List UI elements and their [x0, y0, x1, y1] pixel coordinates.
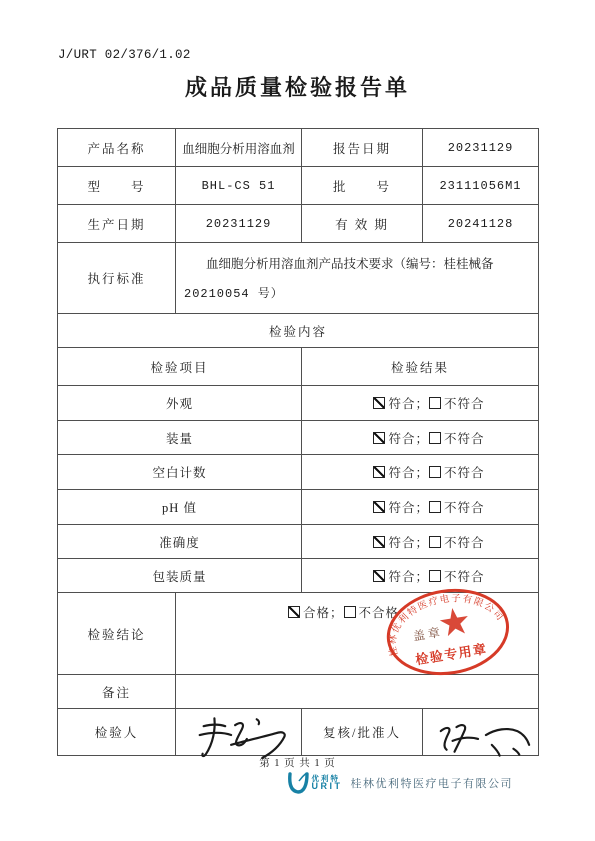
batch-value: 23111056M1 [423, 167, 539, 205]
pass-checkbox [373, 536, 385, 548]
fail-checkbox [344, 606, 356, 618]
result-separator: ； [415, 570, 429, 584]
reviewer-signature-cell [423, 709, 539, 756]
expiry-date-value: 20241128 [423, 205, 539, 243]
pass-label: 符合 [388, 501, 415, 515]
item-result: 符合；不符合 [302, 559, 539, 593]
standard-line1: 血细胞分析用溶血剂产品技术要求（编号：桂桂械备 [184, 249, 528, 279]
urit-logo-icon [287, 771, 309, 795]
pass-checkbox [373, 432, 385, 444]
fail-checkbox [429, 570, 441, 582]
item-name: 空白计数 [58, 455, 302, 490]
conclusion-fail-label: 不合格 [359, 606, 400, 620]
stamp-center-text: 盖章 [412, 624, 444, 644]
pass-label: 符合 [388, 466, 415, 480]
item-name: pH 值 [58, 490, 302, 525]
production-date-label: 生产日期 [58, 205, 176, 243]
pass-checkbox [373, 397, 385, 409]
urit-logo-text: 优利特 URIT [312, 775, 343, 792]
table-row-model: 型 号 BHL-CS 51 批 号 23111056M1 [58, 167, 539, 205]
stamp-bottom-text: 检验专用章 [414, 641, 488, 667]
standard-label: 执行标准 [58, 243, 176, 314]
fail-checkbox [429, 397, 441, 409]
column-header-result: 检验结果 [302, 348, 539, 386]
conclusion-pass-label: 合格 [303, 606, 330, 620]
page-number: 第 1 页 共 1 页 [0, 755, 595, 770]
pass-checkbox [373, 570, 385, 582]
result-separator: ； [415, 501, 429, 515]
product-name-label: 产品名称 [58, 129, 176, 167]
product-name-value: 血细胞分析用溶血剂 [176, 129, 302, 167]
table-row-product: 产品名称 血细胞分析用溶血剂 报告日期 20231129 [58, 129, 539, 167]
item-name: 包装质量 [58, 559, 302, 593]
item-result: 符合；不符合 [302, 421, 539, 455]
item-name: 外观 [58, 386, 302, 421]
footer-brand: 优利特 URIT 桂林优利特医疗电子有限公司 [287, 771, 514, 795]
table-row-item: pH 值 符合；不符合 [58, 490, 539, 525]
document-code: J/URT 02/376/1.02 [58, 48, 191, 62]
pass-label: 符合 [388, 536, 415, 550]
conclusion-result: 合格；不合格 桂林优利特医疗电子有限公司 盖章 检验专用章 [176, 593, 539, 675]
table-row-item: 包装质量 符合；不符合 [58, 559, 539, 593]
fail-label: 不符合 [444, 397, 485, 411]
item-name: 装量 [58, 421, 302, 455]
fail-checkbox [429, 501, 441, 513]
production-date-value: 20231129 [176, 205, 302, 243]
report-date-value: 20231129 [423, 129, 539, 167]
report-table: 产品名称 血细胞分析用溶血剂 报告日期 20231129 型 号 BHL-CS … [57, 128, 539, 756]
table-row-columns-header: 检验项目 检验结果 [58, 348, 539, 386]
inspector-label: 检验人 [58, 709, 176, 756]
item-name: 准确度 [58, 525, 302, 559]
column-header-item: 检验项目 [58, 348, 302, 386]
fail-checkbox [429, 466, 441, 478]
pass-label: 符合 [388, 397, 415, 411]
report-date-label: 报告日期 [302, 129, 423, 167]
fail-label: 不符合 [444, 536, 485, 550]
fail-label: 不符合 [444, 570, 485, 584]
model-value: BHL-CS 51 [176, 167, 302, 205]
logo-english: URIT [312, 782, 343, 791]
stamp-company-arc-text: 桂林优利特医疗电子有限公司 [379, 584, 509, 658]
table-row-item: 装量 符合；不符合 [58, 421, 539, 455]
reviewer-label: 复核/批准人 [302, 709, 423, 756]
remarks-value [176, 675, 539, 709]
item-result: 符合；不符合 [302, 455, 539, 490]
batch-label: 批 号 [302, 167, 423, 205]
table-row-signatures: 检验人 复核/批准人 [58, 709, 539, 756]
inspector-signature-cell [176, 709, 302, 756]
remarks-label: 备注 [58, 675, 176, 709]
inspection-stamp: 桂林优利特医疗电子有限公司 盖章 检验专用章 [375, 575, 520, 689]
result-separator: ； [415, 466, 429, 480]
fail-label: 不符合 [444, 432, 485, 446]
page-title: 成品质量检验报告单 [0, 71, 595, 102]
item-result: 符合；不符合 [302, 525, 539, 559]
model-label: 型 号 [58, 167, 176, 205]
result-separator: ； [415, 397, 429, 411]
table-row-dates: 生产日期 20231129 有 效 期 20241128 [58, 205, 539, 243]
fail-label: 不符合 [444, 466, 485, 480]
table-row-conclusion: 检验结论 合格；不合格 桂林优利特医疗电子有限公司 盖章 检验专用章 [58, 593, 539, 675]
reviewer-signature [427, 711, 535, 761]
pass-label: 符合 [388, 432, 415, 446]
conclusion-label: 检验结论 [58, 593, 176, 675]
report-page: J/URT 02/376/1.02 成品质量检验报告单 产品名称 血细胞分析用溶… [0, 0, 595, 841]
pass-checkbox [288, 606, 300, 618]
result-separator: ； [330, 606, 344, 620]
pass-label: 符合 [388, 570, 415, 584]
fail-checkbox [429, 536, 441, 548]
stamp-seal-graphic: 桂林优利特医疗电子有限公司 盖章 检验专用章 [375, 575, 520, 689]
result-separator: ； [415, 432, 429, 446]
expiry-date-label: 有 效 期 [302, 205, 423, 243]
table-row-standard: 执行标准 血细胞分析用溶血剂产品技术要求（编号：桂桂械备 20210054 号） [58, 243, 539, 314]
inspection-section-title: 检验内容 [58, 314, 539, 348]
table-row-item: 准确度 符合；不符合 [58, 525, 539, 559]
stamp-star-icon [438, 606, 470, 637]
result-separator: ； [415, 536, 429, 550]
inspector-signature [180, 711, 298, 761]
fail-checkbox [429, 432, 441, 444]
table-row-item: 空白计数 符合；不符合 [58, 455, 539, 490]
pass-checkbox [373, 501, 385, 513]
item-result: 符合；不符合 [302, 386, 539, 421]
table-row-section-header: 检验内容 [58, 314, 539, 348]
table-row-item: 外观 符合；不符合 [58, 386, 539, 421]
table-row-remarks: 备注 [58, 675, 539, 709]
standard-value: 血细胞分析用溶血剂产品技术要求（编号：桂桂械备 20210054 号） [176, 243, 539, 314]
stamp-oval-border [382, 582, 513, 682]
fail-label: 不符合 [444, 501, 485, 515]
footer-company-name: 桂林优利特医疗电子有限公司 [351, 775, 514, 791]
standard-line2: 20210054 号） [184, 279, 528, 309]
item-result: 符合；不符合 [302, 490, 539, 525]
pass-checkbox [373, 466, 385, 478]
